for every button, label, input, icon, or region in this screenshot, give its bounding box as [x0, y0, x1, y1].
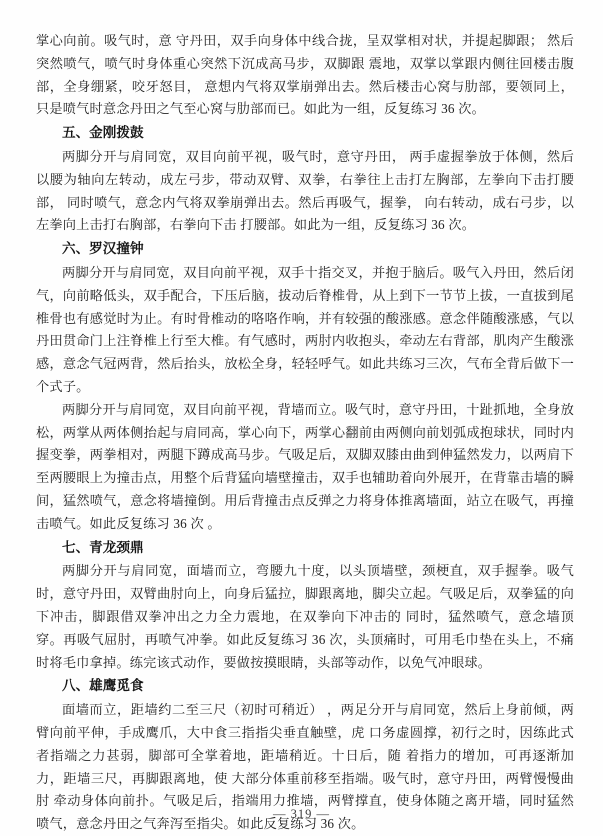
body-paragraph-section-7: 两脚分开与肩同宽，面墙而立，弯腰九十度，以头顶墙壁，颈梗直，双手握拳。吸气时，意…	[36, 560, 574, 674]
page-number: — 319 —	[0, 807, 603, 822]
section-heading-6-luohan-zhuangzhong: 六、罗汉撞钟	[36, 238, 574, 261]
body-paragraph-section-5: 两脚分开与肩同宽，双目向前平视，吸气时，意守丹田， 两手虚握拳放于体侧，然后以腰…	[36, 146, 574, 237]
section-heading-5-jingang-bogu: 五、金刚拨鼓	[36, 122, 574, 145]
section-heading-8-xiongying-mishi: 八、雄鹰觅食	[36, 675, 574, 698]
section-heading-7-qinglong-jingding: 七、青龙颈鼎	[36, 537, 574, 560]
body-paragraph-section-6-second: 两脚分开与肩同宽，双目向前平视，背墙而立。吸气时，意守丹田，十趾抓地，全身放松，…	[36, 399, 574, 536]
body-paragraph-section-6-first: 两脚分开与肩同宽，双目向前平视，双手十指交叉，并抱于脑后。吸气入丹田，然后闭气，…	[36, 262, 574, 399]
document-page: 掌心向前。吸气时，意 守丹田，双手向身体中线合拢，呈双掌相对状，并提起脚跟； 然…	[0, 0, 603, 836]
body-paragraph-continuation: 掌心向前。吸气时，意 守丹田，双手向身体中线合拢，呈双掌相对状，并提起脚跟； 然…	[36, 30, 574, 121]
page-content: 掌心向前。吸气时，意 守丹田，双手向身体中线合拢，呈双掌相对状，并提起脚跟； 然…	[36, 30, 574, 836]
